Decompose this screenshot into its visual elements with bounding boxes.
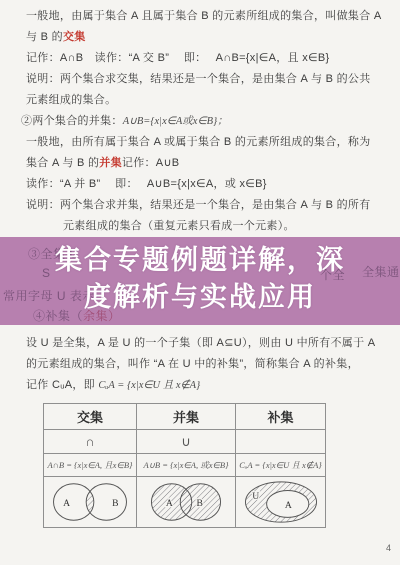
textbook-page: 一般地，由属于集合 A 且属于集合 B 的元素所组成的集合，叫做集合 A 与 B… (0, 0, 400, 528)
text-fragment: 集合 A 与 B 的 (26, 157, 99, 169)
complement-formula: CᵤA = {x|x∈U 且 x∉A} (98, 380, 200, 391)
text-line: 集合 A 与 B 的并集记作：A∪B (26, 153, 390, 174)
banner-title: 集合专题例题详解，深 度解析与实战应用 (0, 237, 400, 316)
venn-label-b: B (197, 498, 203, 509)
circled-number: ② (21, 115, 32, 127)
table-symbol-row: ∩ ∪ (44, 430, 326, 454)
venn-complement-diagram: U A (237, 478, 325, 526)
formula-union: A∪B = {x|x∈A, 或x∈B} (137, 454, 236, 477)
venn-label-a: A (166, 498, 173, 509)
page-number: 4 (386, 543, 391, 553)
text-line: 设 U 是全集，A 是 U 的一个子集（即 A⊆U），则由 U 中所有不属于 A (26, 333, 390, 354)
header-intersection: 交集 (44, 404, 137, 430)
venn-complement-cell: U A (236, 477, 326, 528)
text-fragment: 两个集合的并集： (32, 115, 122, 127)
highlighted-term-intersection: 交集 (63, 31, 86, 43)
text-line: 说明：两个集合求并集，结果还是一个集合，是由集合 A 与 B 的所有 (26, 195, 390, 216)
banner-title-line2: 度解析与实战应用 (0, 279, 400, 316)
text-line: 元素组成的集合（重复元素只看成一个元素）。 (26, 216, 390, 237)
text-fragment: 与 B 的 (26, 31, 63, 43)
text-line: 元素组成的集合。 (26, 90, 390, 111)
notation-line: 记作：A∩B 读作：“A 交 B” 即： A∩B={x|∈A，且 x∈B} (26, 48, 390, 69)
venn-union-cell: A B (137, 477, 236, 528)
text-line: 一般地，由所有属于集合 A 或属于集合 B 的元素所组成的集合，称为 (26, 132, 390, 153)
union-heading: ②两个集合的并集：A∪B={x|x∈A或x∈B}； (21, 111, 390, 132)
header-complement: 补集 (236, 404, 326, 430)
text-line: 一般地，由属于集合 A 且属于集合 B 的元素所组成的集合，叫做集合 A (26, 6, 390, 27)
table-formula-row: A∩B = {x|x∈A, 且x∈B} A∪B = {x|x∈A, 或x∈B} … (44, 454, 326, 477)
notation-line: 读作：“A 并 B” 即： A∪B={x|x∈A，或 x∈B} (26, 174, 390, 195)
venn-intersection-cell: A B (44, 477, 137, 528)
text-line: 与 B 的交集 (26, 27, 390, 48)
header-union: 并集 (137, 404, 236, 430)
venn-label-a: A (63, 498, 70, 509)
table-venn-row: A B A B U A (44, 477, 326, 528)
venn-label-u: U (252, 491, 259, 502)
intersection-section: 一般地，由属于集合 A 且属于集合 B 的元素所组成的集合，叫做集合 A 与 B… (0, 0, 400, 237)
text-fragment: 记作：A∪B (122, 157, 180, 169)
venn-union-diagram: A B (141, 478, 231, 526)
table-header-row: 交集 并集 补集 (44, 404, 326, 430)
promo-banner: ③全集 U S 个全 全集通 常用字母 U 表示 ④补集（余集） 集合专题例题详… (0, 237, 400, 325)
notation-line: 记作 CᵤA，即 CᵤA = {x|x∈U 且 x∉A} (26, 375, 390, 396)
text-fragment: 记作 CᵤA，即 (26, 379, 98, 391)
banner-title-line1: 集合专题例题详解，深 (0, 242, 400, 279)
text-line: 说明：两个集合求交集，结果还是一个集合，是由集合 A 与 B 的公共 (26, 69, 390, 90)
highlighted-term-union: 并集 (99, 157, 122, 169)
symbol-complement (236, 430, 326, 454)
summary-table: 交集 并集 补集 ∩ ∪ A∩B = {x|x∈A, 且x∈B} A∪B = {… (43, 403, 326, 528)
symbol-union: ∪ (137, 430, 236, 454)
formula-complement: CᵤA = {x|x∈U 且 x∉A} (236, 454, 326, 477)
venn-intersection-diagram: A B (45, 478, 135, 526)
union-formula: A∪B={x|x∈A或x∈B}； (123, 116, 228, 127)
symbol-intersection: ∩ (44, 430, 137, 454)
venn-label-a: A (284, 500, 291, 511)
complement-section: 设 U 是全集，A 是 U 的一个子集（即 A⊆U），则由 U 中所有不属于 A… (0, 325, 400, 396)
venn-label-b: B (112, 498, 118, 509)
text-line: 的元素组成的集合，叫作 “A 在 U 中的补集”，简称集合 A 的补集， (26, 354, 390, 375)
formula-intersection: A∩B = {x|x∈A, 且x∈B} (44, 454, 137, 477)
